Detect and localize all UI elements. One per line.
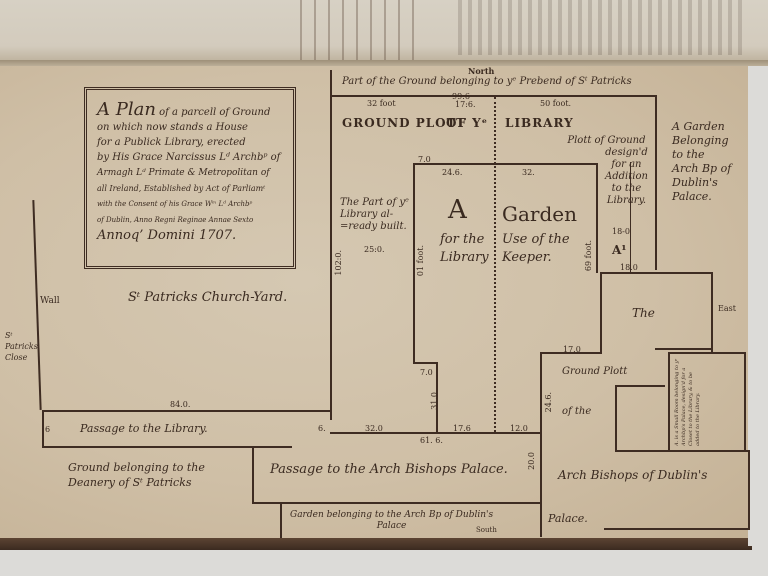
close-line: Sᵗ [5,331,12,340]
close-label: Sᵗ Patricks Close [5,330,38,363]
addition-line: Library. [607,195,646,206]
ground-plott-title-3: LIBRARY [505,116,574,130]
close-line: Close [5,353,27,362]
addition-line: design'd [605,147,648,158]
garden-sub-4: Keeper. [502,250,552,265]
garden-sub-2: Use of the [502,232,570,247]
dim-7-0-top: 7.0 [418,155,431,164]
dim-84: 84.0. [170,400,190,409]
marginal-scribbles [300,0,420,60]
addition-line: for an [611,159,641,170]
dim-6a: 6 [45,425,50,434]
library-built-line: =ready built. [340,221,407,232]
cartouche-line: Armagh Lᵈ Primate & Metropolitan of [97,168,270,178]
library-built-line: The Part of yᵉ [340,197,409,208]
title-cartouche: A Plan of a parcell of Ground on which n… [84,87,296,269]
dim-17-0: 17.0 [563,345,581,354]
palace-garden-line: Palace. [672,190,712,203]
plan-line [330,95,656,97]
library-built-line: Library al- [340,209,393,220]
plan-line [600,272,602,352]
dim-102-0: 102:0. [334,250,343,276]
centre-dotted-line [494,97,496,432]
north-tag: North [468,66,494,76]
garden-big-a: A [448,195,467,225]
note-a-label: A. is a Small Room belonging to yᵉ Archb… [674,356,740,446]
cartouche-year: Annoq’ Domini 1707. [97,228,236,243]
abp-palace-label: Arch Bishops of Dublin's [558,468,707,482]
dim-17-6-top: 17:6. [455,100,476,109]
plan-line [748,450,750,530]
palace-garden-label: A Garden Belonging to the Arch Bp of Dub… [672,120,731,204]
palace-garden-line: A Garden [672,120,725,133]
palace-garden-south-label: Garden belonging to the Arch Bp of Dubli… [290,510,493,532]
dim-31-0: 31.0 [430,392,439,410]
plan-line [615,385,617,450]
addition-line: Addition [605,171,648,182]
plan-line [655,348,713,350]
plan-line [615,385,665,387]
plan-line [615,450,750,452]
north-ground-label: Part of the Ground belonging to yᵉ Prebe… [342,76,632,87]
plan-line [42,446,292,448]
cartouche-line: all Ireland, Established by Act of Parli… [97,184,265,193]
library-built-label: The Part of yᵉ Library al- =ready built. [340,197,409,233]
cartouche-line: of Dublin, Anno Regni Reginae Annae Sext… [97,216,253,224]
deanery-line: Deanery of Sᵗ Patricks [68,476,192,489]
dim-32: 32. [522,168,535,177]
passage-palace-label: Passage to the Arch Bishops Palace. [270,462,508,477]
east-tag: East [718,304,736,313]
ground-plott-palace-label: Ground Plott [562,366,627,377]
cartouche-heading: A Plan [97,99,156,120]
plan-line [413,362,437,364]
plan-line [655,95,657,270]
plan-line [744,352,746,450]
plan-line [280,502,282,538]
dim-32-0: 32.0 [365,424,383,433]
printed-text-upside-down [458,0,748,55]
palace-garden-line: to the [672,148,705,161]
plan-line [42,410,332,412]
dim-18-0b: 18.0 [620,263,638,272]
plan-line [600,272,712,274]
dim-01ft: 01 foot. [416,245,425,276]
plan-line [604,528,750,530]
right-background [748,66,768,546]
palace-garden-line: Belonging [672,134,729,147]
dim-50ft: 50 foot. [540,99,571,108]
south-tag: South [476,526,497,534]
plan-line [668,352,670,450]
cartouche-line: on which now stands a House [97,122,248,133]
addition-label: Plott of Ground design'd for an Addition… [565,135,648,207]
palace-garden-line: Arch Bp of [672,162,731,175]
cartouche-line: of a parcell of Ground [159,107,270,118]
the-label: The [632,306,655,320]
plan-line [540,352,542,537]
close-line: Patricks [5,342,38,351]
garden-sub-3: Library [440,250,489,265]
dim-69ft: 69 foot. [584,240,593,271]
cartouche-text: A Plan of a parcell of Ground on which n… [97,102,287,244]
plan-line [252,502,540,504]
plan-line [668,352,746,354]
of-the-label: of the [562,406,591,417]
deanery-label: Ground belonging to the Deanery of Sᵗ Pa… [68,460,205,490]
palace-garden-line: Dublin's [672,176,718,189]
dim-24-6b: 24.6. [544,392,553,412]
plan-line [252,446,254,504]
palace-garden-south-line: Palace [377,521,407,531]
cartouche-line: for a Publick Library, erected [97,137,246,148]
upper-book-page [0,0,768,66]
dim-12-0: 12.0 [510,424,528,433]
dim-24-6: 24.6. [442,168,462,177]
dim-20-0: 20.0 [527,452,536,470]
dim-25-0: 25:0. [364,245,385,254]
plan-line [330,70,332,420]
deanery-line: Ground belonging to the [68,461,205,474]
a-marker: A¹ [612,243,627,257]
plan-line [42,410,44,448]
dim-7-0-mid: 7.0 [420,368,433,377]
plan-line [330,432,540,434]
cartouche-line: with the Consent of his Grace Wᵐ Lᵈ Arch… [97,200,252,208]
dim-18-0a: 18-0 [612,227,630,236]
sheet-bottom-edge [0,538,752,550]
palace-label: Palace. [548,512,588,525]
addition-line: Plott of Ground [567,135,645,146]
wall-label: Wall [40,296,60,306]
garden-sub-1: for the [440,232,484,247]
dim-32ft: 32 foot [367,99,396,108]
plan-line [413,163,415,363]
plan-line [711,272,713,352]
dim-61-6: 61. 6. [420,436,443,445]
addition-line: to the [612,183,642,194]
palace-garden-south-line: Garden belonging to the Arch Bp of Dubli… [290,510,493,520]
dim-17-6-bot: 17.6 [453,424,471,433]
churchyard-label: Sᵗ Patricks Church-Yard. [128,290,287,305]
passage-library-label: Passage to the Library. [80,422,208,435]
dim-6b: 6. [318,424,326,433]
ground-plott-title-2: OF Yᵉ [446,116,488,130]
cartouche-line: by His Grace Narcissus Lᵈ Archbᵖ of [97,152,280,163]
